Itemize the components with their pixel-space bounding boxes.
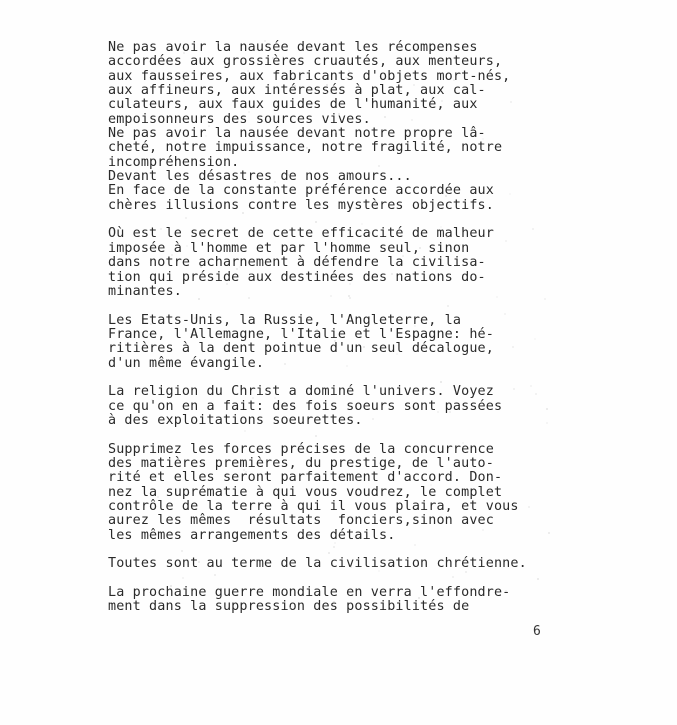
typewritten-page: Ne pas avoir la nausée devant les récomp… [0,0,677,725]
speckle [242,212,244,214]
speckle [447,305,449,307]
text-line: La religion du Christ a dominé l'univers… [108,385,548,399]
speckle [374,323,376,325]
speckle [504,313,506,315]
paragraph: Ne pas avoir la nausée devant les récomp… [108,41,548,213]
page-number: 6 [533,624,541,639]
speckle [244,430,246,432]
speckle [226,283,228,285]
paragraph: Toutes sont au terme de la civilisation … [108,557,548,571]
text-line: ce qu'on en a fait: des fois soeurs sont… [108,400,548,414]
speckle [173,189,175,191]
speckle [378,165,380,167]
speckle [394,263,396,265]
text-line: d'un même évangile. [108,357,548,371]
text-line: chères illusions contre les mystères obj… [108,199,548,213]
speckle [326,259,328,261]
text-line: nez la suprématie à qui vous voudrez, le… [108,486,548,500]
speckle [289,607,291,609]
speckle [336,186,338,188]
speckle [445,195,447,197]
text-line: incompréhension. [108,156,548,170]
text-line: empoisonneurs des sources vives. [108,113,548,127]
speckle [452,576,454,578]
speckle [338,113,340,115]
speckle [326,84,328,86]
speckle [513,388,515,390]
speckle [157,496,159,498]
speckle [171,254,173,256]
text-line: minantes. [108,285,548,299]
text-line: tion qui préside aux destinées des natio… [108,271,548,285]
speckle [348,70,350,72]
speckle [328,552,330,554]
speckle [378,570,380,572]
text-line: Supprimez les forces précises de la conc… [108,443,548,457]
speckle [510,101,512,103]
text-line: culateurs, aux faux guides de l'humanité… [108,98,548,112]
speckle [245,471,247,473]
text-line: accordées aux grossières cruautés, aux m… [108,55,548,69]
paragraph: Supprimez les forces précises de la conc… [108,443,548,543]
speckle [248,297,250,299]
speckle [315,435,317,437]
speckle [446,236,448,238]
speckle [153,249,155,251]
speckle [170,585,172,587]
speckle [272,57,274,59]
text-line: imposée à l'homme et par l'homme seul, s… [108,242,548,256]
speckle [437,411,439,413]
speckle [264,40,266,42]
speckle [274,397,276,399]
text-line: En face de la constante préférence accor… [108,184,548,198]
text-line: dans notre acharnement à défendre la civ… [108,256,548,270]
speckle [411,119,413,121]
speckle [294,85,296,87]
paragraph: Où est le secret de cette efficacité de … [108,227,548,299]
text-line: aurez les mêmes résultats fonciers,sinon… [108,514,548,528]
speckle [306,147,308,149]
paragraph: Les Etats-Unis, la Russie, l'Angleterre,… [108,314,548,371]
speckle [150,323,152,325]
speckle [349,297,351,299]
speckle [423,450,425,452]
speckle [400,90,402,92]
speckle [160,228,162,230]
speckle [453,79,455,81]
speckle [194,317,196,319]
speckle [186,245,188,247]
speckle [496,296,498,298]
paragraph: La prochaine guerre mondiale en verra l'… [108,586,548,615]
text-line: à des exploitations soeurettes. [108,414,548,428]
text-line: aux fausseires, aux fabricants d'objets … [108,70,548,84]
speckle [440,226,442,228]
speckle [184,135,186,137]
speckle [248,111,250,113]
speckle [217,42,219,44]
speckle [465,571,467,573]
speckle [419,203,421,205]
speckle [361,223,363,225]
text-line: Où est le secret de cette efficacité de … [108,227,548,241]
speckle [183,52,185,54]
speckle [350,566,352,568]
speckle [421,138,423,140]
speckle [183,80,185,82]
text-line: Les Etats-Unis, la Russie, l'Angleterre,… [108,314,548,328]
speckle [466,451,468,453]
paragraph: La religion du Christ a dominé l'univers… [108,385,548,428]
speckle [349,283,351,285]
speckle [207,259,209,261]
speckle [335,131,337,133]
speckle [214,574,216,576]
speckle [274,181,276,183]
speckle [440,381,442,383]
speckle [317,559,319,561]
text-line: ment dans la suppression des possibilité… [108,600,548,614]
speckle [369,232,371,234]
text-line: ritières à la dent pointue d'un seul déc… [108,342,548,356]
speckle [462,442,464,444]
text-line: Toutes sont au terme de la civilisation … [108,557,548,571]
text-line: rité et elles seront parfaitement d'acco… [108,471,548,485]
speckle [258,485,260,487]
speckle [212,450,214,452]
speckle [334,340,336,342]
speckle [201,463,203,465]
speckle [333,546,335,548]
speckle [548,532,550,534]
speckle [505,590,507,592]
